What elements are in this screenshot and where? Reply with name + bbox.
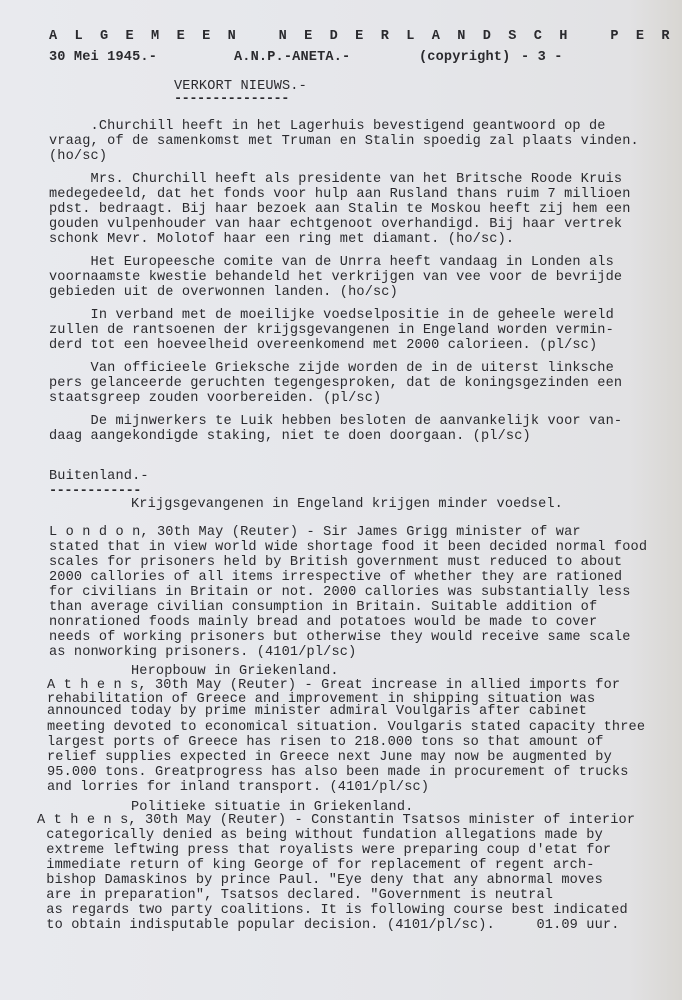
article-line: A t h e n s, 30th May (Reuter) - Constan…: [37, 814, 635, 828]
page-number: - 3 -: [521, 51, 563, 65]
section-underline: ------------: [49, 485, 141, 499]
article-line: needs of working prisoners but otherwise…: [49, 631, 631, 645]
paragraph-line: gebieden uit de overwonnen landen. (ho/s…: [49, 286, 398, 300]
section-underline: ---------------: [174, 93, 289, 107]
article-line: 2000 callories of all items irrespective…: [49, 571, 622, 585]
article-line: are in preparation", Tsatsos declared. "…: [38, 889, 553, 903]
typewritten-document-page: A L G E M E E N N E D E R L A N D S C H …: [0, 0, 682, 1000]
paragraph-line: derd tot een hoeveelheid overeenkomend m…: [49, 339, 597, 353]
paragraph-line: vraag, of de samenkomst met Truman en St…: [49, 135, 639, 149]
article-headline: Krijgsgevangenen in Engeland krijgen min…: [131, 498, 563, 512]
article-line: 95.000 tons. Greatprogress has also been…: [47, 766, 629, 780]
article-line: stated that in view world wide shortage …: [49, 541, 647, 555]
paragraph-line: schonk Mevr. Molotof haar een ring met d…: [49, 233, 514, 247]
article-line: meeting devoted to economical situation.…: [47, 721, 645, 735]
article-line: extreme leftwing press that royalists we…: [38, 844, 611, 858]
article-line: for civilians in Britain or not. 2000 ca…: [49, 586, 631, 600]
paragraph-line: voornaamste kwestie behandeld het verkri…: [49, 271, 622, 285]
article-line: as regards two party coalitions. It is f…: [38, 904, 628, 918]
article-line: immediate return of king George of for r…: [38, 859, 595, 873]
article-line: relief supplies expected in Greece next …: [47, 751, 612, 765]
paragraph-line: staatsgreep zouden voorbereiden. (pl/sc): [49, 392, 381, 406]
paragraph-line: De mijnwerkers te Luik hebben besloten d…: [49, 415, 622, 429]
article-line: nonrationed foods mainly bread and potat…: [49, 616, 597, 630]
article-line: than average civilian consumption in Bri…: [49, 601, 597, 615]
paragraph-line: .Churchill heeft in het Lagerhuis bevest…: [49, 120, 606, 134]
paragraph-line: (ho/sc): [49, 150, 107, 164]
article-line: L o n d o n, 30th May (Reuter) - Sir Jam…: [49, 526, 581, 540]
paragraph-line: gouden vulpenhouder van haar echtgenoot …: [49, 218, 622, 232]
article-line: largest ports of Greece has risen to 218…: [47, 736, 604, 750]
article-line: categorically denied as being without fu…: [38, 829, 603, 843]
paragraph-line: Van officieele Grieksche zijde worden de…: [49, 362, 614, 376]
article-line: bishop Damaskinos by prince Paul. "Eye d…: [38, 874, 603, 888]
article-headline: Heropbouw in Griekenland.: [131, 665, 339, 679]
section-title-buitenland: Buitenland.-: [49, 470, 149, 484]
document-date: 30 Mei 1945.-: [49, 51, 157, 65]
paragraph-line: daag aangekondigde staking, niet te doen…: [49, 430, 531, 444]
paragraph-line: In verband met de moeilijke voedselposit…: [49, 309, 614, 323]
paragraph-line: medegedeeld, dat het fonds voor hulp aan…: [49, 188, 631, 202]
paragraph-line: pdst. bedraagt. Bij haar bezoek aan Stal…: [49, 203, 631, 217]
article-line: scales for prisoners held by British gov…: [49, 556, 622, 570]
article-line: A t h e n s, 30th May (Reuter) - Great i…: [47, 679, 620, 693]
paragraph-line: Mrs. Churchill heeft als presidente van …: [49, 173, 622, 187]
agency-name: A L G E M E E N N E D E R L A N D S C H …: [49, 30, 682, 44]
news-source: A.N.P.-ANETA.-: [234, 51, 350, 65]
paragraph-line: Het Europeesche comite van de Unrra heef…: [49, 256, 614, 270]
copyright-notice: (copyright): [419, 51, 510, 65]
article-line: announced today by prime minister admira…: [47, 705, 587, 719]
paragraph-line: zullen de rantsoenen der krijgsgevangene…: [49, 324, 614, 338]
paragraph-line: pers gelanceerde geruchten tegengesproke…: [49, 377, 622, 391]
article-line: and lorries for inland transport. (4101/…: [47, 781, 429, 795]
article-line: as nonworking prisoners. (4101/pl/sc): [49, 646, 356, 660]
article-line: to obtain indisputable popular decision.…: [38, 919, 620, 933]
